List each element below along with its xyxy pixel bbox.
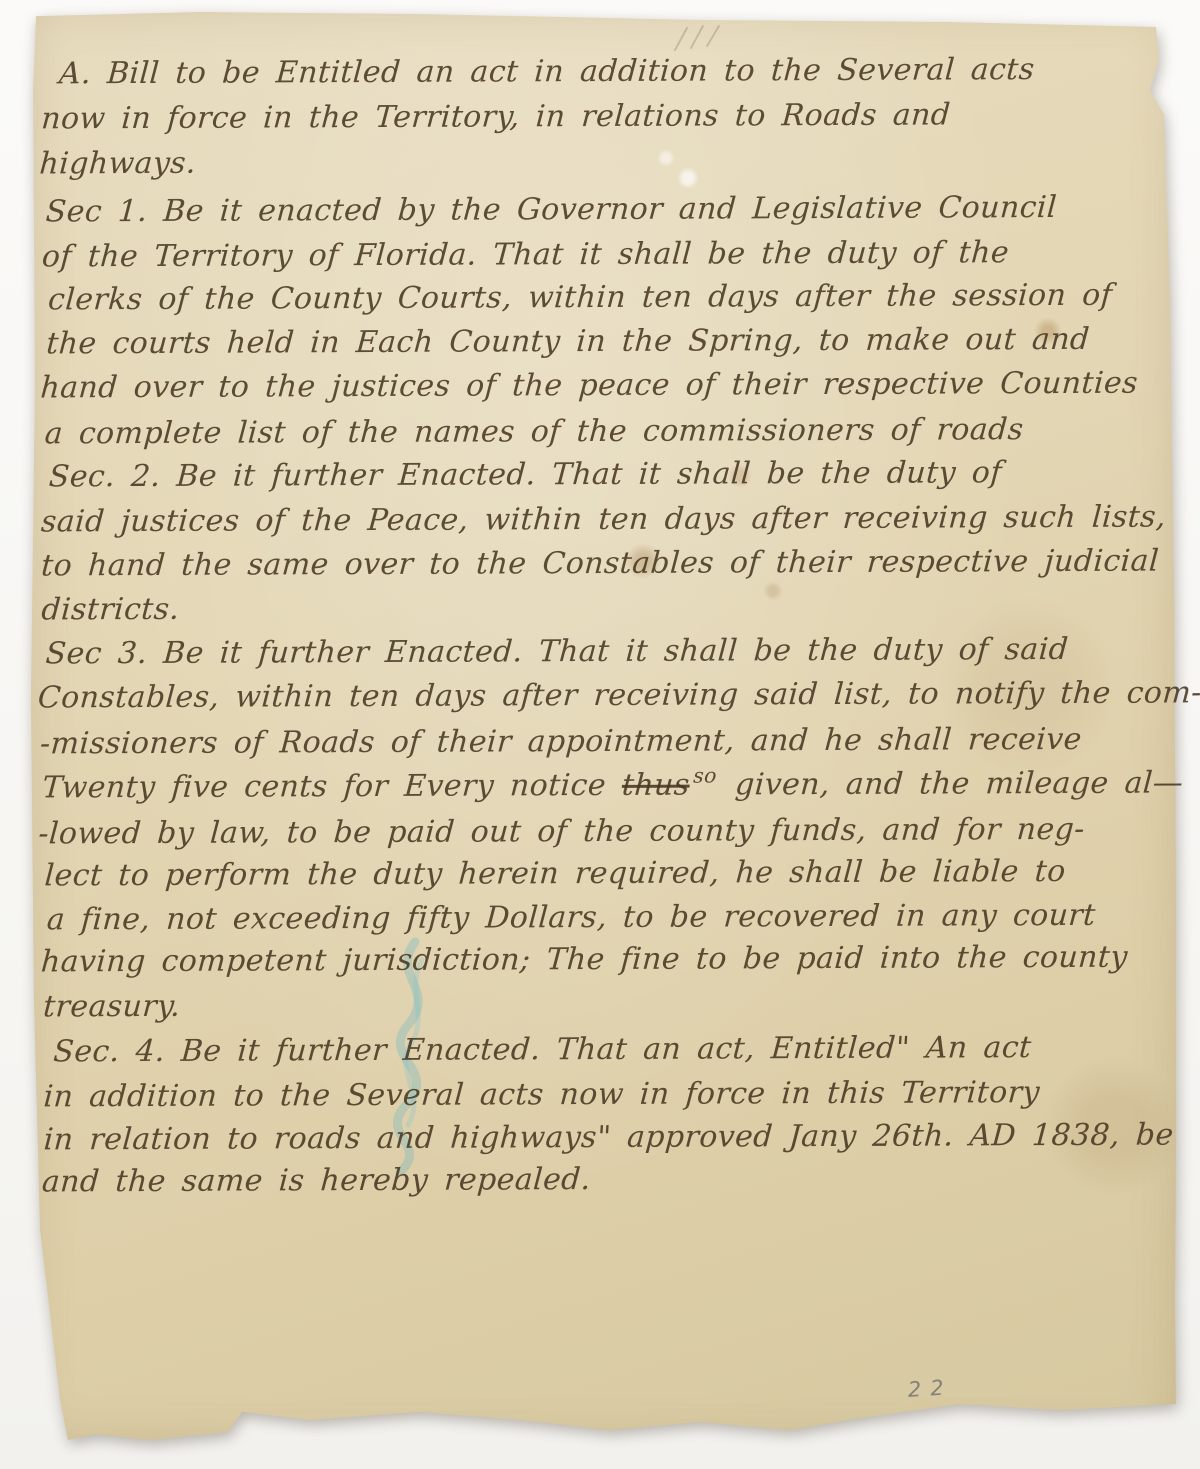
line-11: said justices of the Peace, within ten d… <box>40 498 1167 543</box>
line-14: Sec 3. Be it further Enacted. That it sh… <box>44 630 1069 674</box>
line-24: in addition to the Several acts now in f… <box>42 1073 1041 1117</box>
line-10: Sec. 2. Be it further Enacted. That it s… <box>48 453 1004 497</box>
line-07: the courts held in Each County in the Sp… <box>45 320 1091 365</box>
scanned-document-page: A. Bill to be Entitled an act in additio… <box>0 0 1200 1469</box>
line-26: and the same is hereby repealed. <box>41 1160 592 1202</box>
line-17-post: given, and the mileage al— <box>718 765 1184 802</box>
line-22: treasury. <box>42 987 182 1028</box>
line-08: hand over to the justices of the peace o… <box>39 364 1139 409</box>
line-06: clerks of the County Courts, within ten … <box>47 276 1114 321</box>
line-19: lect to perform the duty herein required… <box>43 852 1067 896</box>
line-25: in relation to roads and highways" appro… <box>42 1115 1174 1160</box>
line-04: Sec 1. Be it enacted by the Governor and… <box>44 188 1058 232</box>
struck-word: thus <box>621 768 691 803</box>
line-01: A. Bill to be Entitled an act in additio… <box>58 50 1036 94</box>
line-05: of the Territory of Florida. That it sha… <box>41 233 1011 277</box>
line-16: -missioners of Roads of their appointmen… <box>39 720 1083 765</box>
line-12: to hand the same over to the Constables … <box>40 542 1160 587</box>
line-15: Constables, within ten days after receiv… <box>37 673 1200 718</box>
line-03: highways. <box>38 144 197 185</box>
inserted-word: so <box>692 764 717 788</box>
line-17-pre: Twenty five cents for Every notice <box>41 768 623 806</box>
line-17: Twenty five cents for Every notice thuss… <box>41 763 1185 810</box>
line-02: now in force in the Territory, in relati… <box>40 95 952 139</box>
line-21: having competent jurisdiction; The fine … <box>40 938 1129 983</box>
line-13: districts. <box>40 590 181 631</box>
line-23: Sec. 4. Be it further Enacted. That an a… <box>52 1028 1033 1072</box>
line-09: a complete list of the names of the comm… <box>43 410 1024 454</box>
page-number: 22 <box>907 1375 953 1401</box>
line-20: a fine, not exceeding fifty Dollars, to … <box>45 896 1096 941</box>
line-18: -lowed by law, to be paid out of the cou… <box>37 810 1086 855</box>
manuscript-text: A. Bill to be Entitled an act in additio… <box>0 0 1200 1469</box>
